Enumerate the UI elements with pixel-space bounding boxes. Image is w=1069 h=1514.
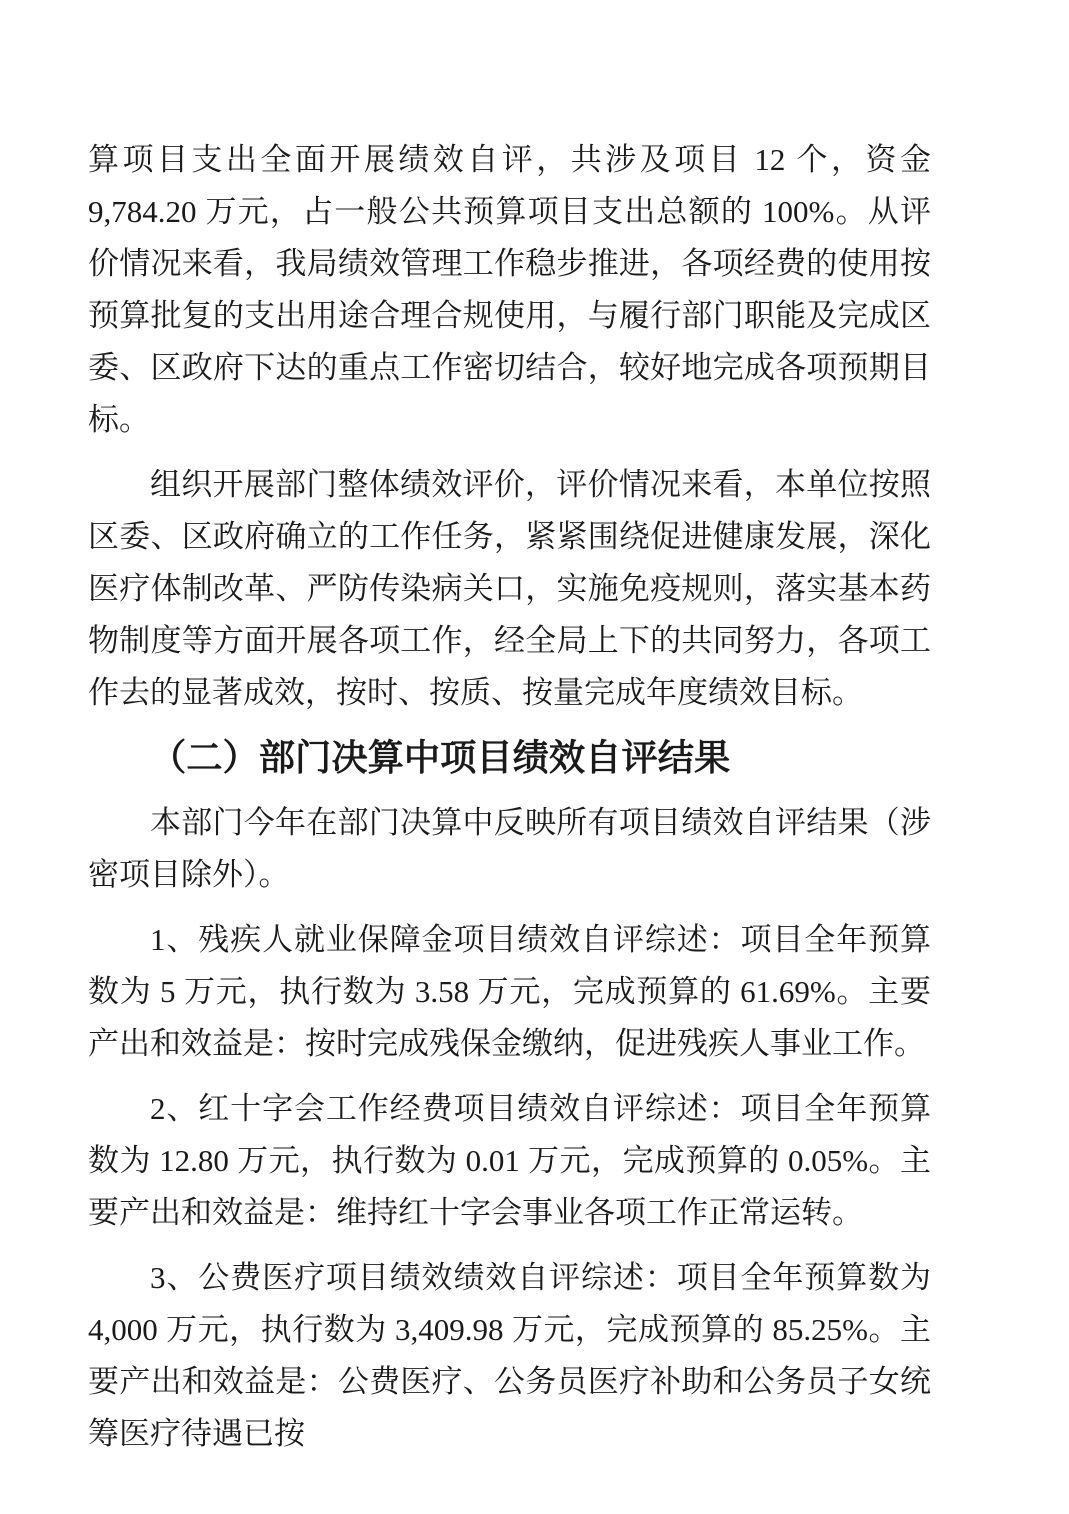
paragraph-department-overall-performance: 组织开展部门整体绩效评价，评价情况来看，本单位按照区委、区政府确立的工作任务，紧… [88, 459, 931, 719]
section-heading-project-self-evaluation-results: （二）部门决算中项目绩效自评结果 [88, 732, 931, 784]
paragraph-budget-project-self-evaluation: 算项目支出全面开展绩效自评，共涉及项目 12 个，资金 9,784.20 万元，… [88, 134, 931, 446]
paragraph-item-1-disability-employment-fund: 1、残疾人就业保障金项目绩效自评综述：项目全年预算数为 5 万元，执行数为 3.… [88, 914, 931, 1070]
paragraph-self-evaluation-scope: 本部门今年在部门决算中反映所有项目绩效自评结果（涉密项目除外）。 [88, 797, 931, 901]
document-page: 算项目支出全面开展绩效自评，共涉及项目 12 个，资金 9,784.20 万元，… [0, 0, 1069, 1514]
paragraph-item-3-public-funded-medical: 3、公费医疗项目绩效绩效自评综述：项目全年预算数为 4,000 万元，执行数为 … [88, 1252, 931, 1460]
paragraph-item-2-red-cross-work-fund: 2、红十字会工作经费项目绩效自评综述：项目全年预算数为 12.80 万元，执行数… [88, 1083, 931, 1239]
